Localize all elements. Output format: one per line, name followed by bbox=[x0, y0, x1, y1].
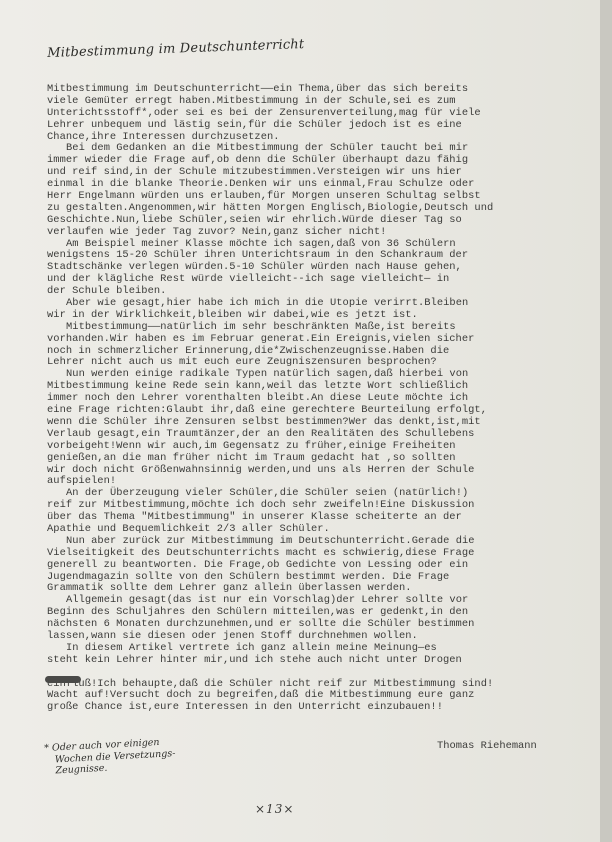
text-line: wir doch nicht Größenwahnsinnig werden,u… bbox=[47, 465, 607, 477]
text-line: genießen,an die man früher nicht im Trau… bbox=[47, 453, 607, 465]
article-body: Mitbestimmung im Deutschunterricht——ein … bbox=[47, 84, 607, 714]
text-line: vorbeigeht!Wenn wir auch,im Gegensatz zu… bbox=[47, 441, 607, 453]
text-line: Geschichte.Nun,liebe Schüler,seien wir e… bbox=[47, 215, 607, 227]
text-line: Lehrer unbequem und lästig sein,für die … bbox=[47, 120, 607, 132]
text-line: verlaufen wie jeder Tag zuvor? Nein,ganz… bbox=[47, 227, 607, 239]
text-line bbox=[47, 667, 607, 679]
author-signature: Thomas Riehemann bbox=[437, 740, 537, 752]
text-line: zu gestalten.Angenommen,wir hätten Morge… bbox=[47, 203, 607, 215]
text-line: vorhanden.Wir haben es im Februar genera… bbox=[47, 334, 607, 346]
text-line: Vielseitigkeit des Deutschunterrichts ma… bbox=[47, 548, 607, 560]
ink-blot-mark bbox=[45, 676, 81, 683]
text-line: steht kein Lehrer hinter mir,und ich ste… bbox=[47, 655, 607, 667]
text-line: Nun aber zurück zur Mitbestimmung im Deu… bbox=[47, 536, 607, 548]
scan-edge bbox=[600, 0, 612, 842]
handwritten-footnote: * Oder auch vor einigenWochen die Verset… bbox=[44, 735, 196, 777]
text-line: große Chance ist,eure Interessen in den … bbox=[47, 702, 607, 714]
text-line: Mitbestimmung——natürlich im sehr beschrä… bbox=[47, 322, 607, 334]
text-line: viele Gemüter erregt haben.Mitbestimmung… bbox=[47, 96, 607, 108]
text-line: Unterichtsstoff*,oder sei es bei der Zen… bbox=[47, 108, 607, 120]
document-page: Mitbestimmung im Deutschunterricht Mitbe… bbox=[0, 0, 600, 842]
handwritten-title: Mitbestimmung im Deutschunterricht bbox=[47, 37, 305, 61]
page-number: ×13× bbox=[255, 802, 294, 816]
text-line: Verlaub gesagt,ein Traumtänzer,der an de… bbox=[47, 429, 607, 441]
text-line: In diesem Artikel vertrete ich ganz alle… bbox=[47, 643, 607, 655]
text-line: generell zu beantworten. Die Frage,ob Ge… bbox=[47, 560, 607, 572]
